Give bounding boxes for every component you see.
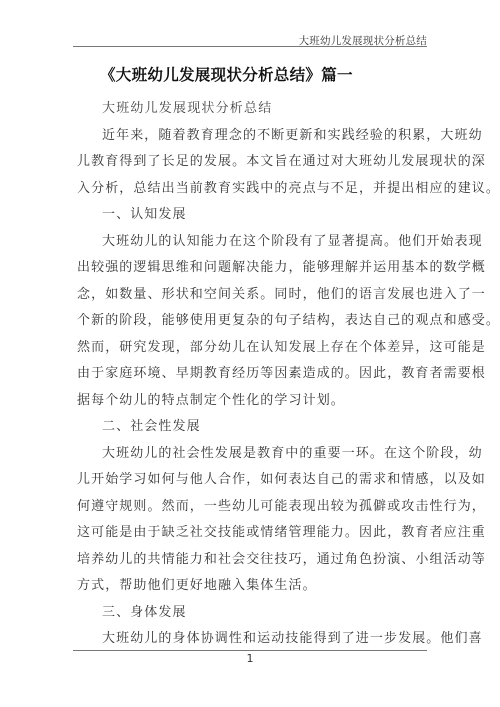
header-divider: [73, 46, 427, 47]
text-line: 据每个幼儿的特点制定个性化的学习计划。: [77, 388, 427, 415]
text-line: 一、认知发展: [77, 202, 427, 229]
text-line: 大班幼儿的社会性发展是教育中的重要一环。在这个阶段，幼: [77, 441, 427, 468]
text-line: 个新的阶段，能够使用更复杂的句子结构，表达自己的观点和感受。: [77, 308, 427, 335]
text-line: 出较强的逻辑思维和问题解决能力，能够理解并运用基本的数学概: [77, 255, 427, 282]
text-line: 三、身体发展: [77, 600, 427, 627]
document-body: 大班幼儿发展现状分析总结 近年来，随着教育理念的不断更新和实践经验的积累，大班幼…: [77, 96, 427, 653]
footer-divider: [73, 650, 427, 651]
text-line: 念，如数量、形状和空间关系。同时，他们的语言发展也进入了一: [77, 282, 427, 309]
text-line: 入分析，总结出当前教育实践中的亮点与不足，并提出相应的建议。: [77, 176, 427, 203]
text-line: 儿教育得到了长足的发展。本文旨在通过对大班幼儿发展现状的深: [77, 149, 427, 176]
document-subtitle: 大班幼儿发展现状分析总结: [77, 96, 427, 123]
document-title: 《大班幼儿发展现状分析总结》篇一: [100, 63, 353, 85]
page-number: 1: [0, 652, 500, 665]
text-line: 方式，帮助他们更好地融入集体生活。: [77, 573, 427, 600]
text-line: 然而，研究发现，部分幼儿在认知发展上存在个体差异，这可能是: [77, 335, 427, 362]
text-line: 这可能是由于缺乏社交技能或情绪管理能力。因此，教育者应注重: [77, 520, 427, 547]
text-line: 由于家庭环境、早期教育经历等因素造成的。因此，教育者需要根: [77, 361, 427, 388]
text-line: 儿开始学习如何与他人合作，如何表达自己的需求和情感，以及如: [77, 467, 427, 494]
text-line: 近年来，随着教育理念的不断更新和实践经验的积累，大班幼: [77, 123, 427, 150]
paragraph-lines: 近年来，随着教育理念的不断更新和实践经验的积累，大班幼儿教育得到了长足的发展。本…: [77, 123, 427, 653]
text-line: 二、社会性发展: [77, 414, 427, 441]
text-line: 大班幼儿的认知能力在这个阶段有了显著提高。他们开始表现: [77, 229, 427, 256]
text-line: 何遵守规则。然而，一些幼儿可能表现出较为孤僻或攻击性行为，: [77, 494, 427, 521]
text-line: 大班幼儿的身体协调性和运动技能得到了进一步发展。他们喜: [77, 626, 427, 653]
text-line: 培养幼儿的共情能力和社会交往技巧，通过角色扮演、小组活动等: [77, 547, 427, 574]
